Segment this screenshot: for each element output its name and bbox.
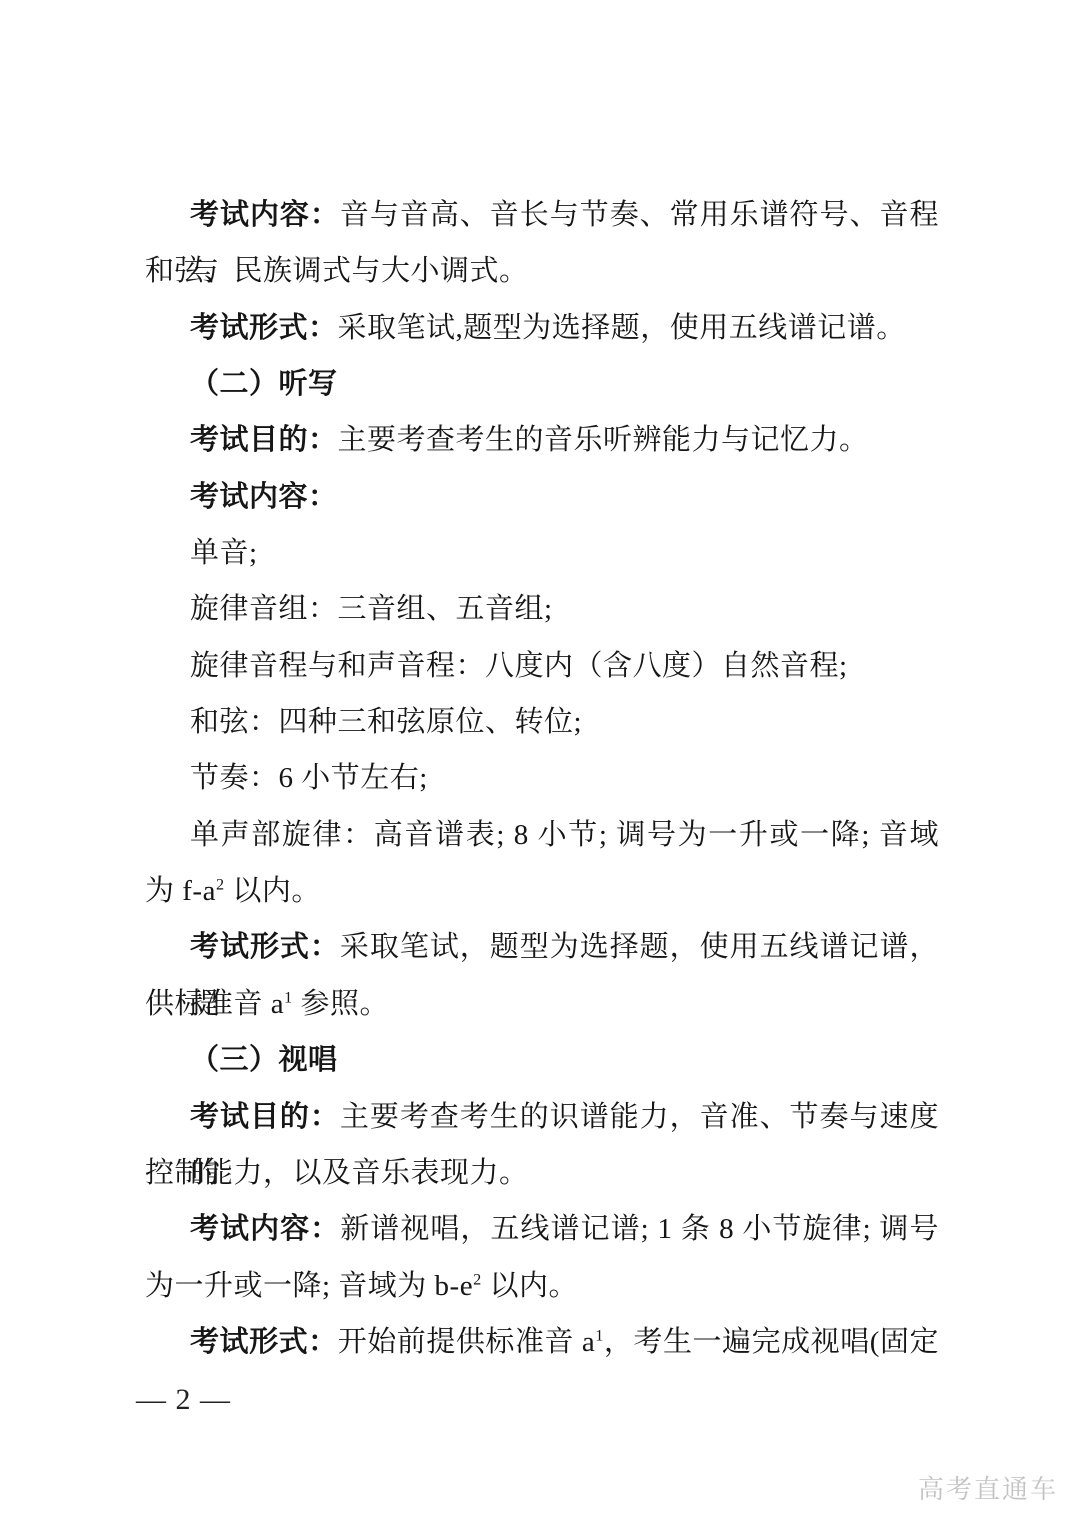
text-run: 以内。 <box>225 875 321 907</box>
text-line: （二）听写 <box>145 356 939 412</box>
text-line: 旋律音程与和声音程：八度内（含八度）自然音程; <box>145 638 939 694</box>
text-line: 考试形式：采取笔试,题型为选择题，使用五线谱记谱。 <box>145 300 939 356</box>
bold-label: 考试目的： <box>190 1101 340 1133</box>
document-body: 考试内容：音与音高、音长与节奏、常用乐谱符号、音程与和弦、民族调式与大小调式。考… <box>145 187 939 1370</box>
text-line: 考试目的：主要考查考生的音乐听辨能力与记忆力。 <box>145 412 939 468</box>
text-run: 和弦：四种三和弦原位、转位; <box>190 706 582 738</box>
superscript: 2 <box>473 1270 482 1288</box>
text-line: 旋律音组：三音组、五音组; <box>145 581 939 637</box>
text-line: 单音; <box>145 525 939 581</box>
text-line: 考试形式：开始前提供标准音 a1，考生一遍完成视唱(固定 <box>145 1314 939 1370</box>
bold-label: （二）听写 <box>190 368 338 400</box>
text-run: ，考生一遍完成视唱(固定 <box>604 1326 939 1358</box>
text-run: 节奏：6 小节左右; <box>190 762 428 794</box>
text-run: 供标准音 a <box>145 988 284 1020</box>
text-line: 考试内容： <box>145 469 939 525</box>
text-line: 和弦：四种三和弦原位、转位; <box>145 694 939 750</box>
text-run: 单音; <box>190 537 258 569</box>
document-page: 考试内容：音与音高、音长与节奏、常用乐谱符号、音程与和弦、民族调式与大小调式。考… <box>0 0 1080 1527</box>
bold-label: 考试目的： <box>190 424 338 456</box>
text-line: 考试内容：新谱视唱，五线谱记谱; 1 条 8 小节旋律; 调号 <box>145 1201 939 1257</box>
text-run: 新谱视唱，五线谱记谱; 1 条 8 小节旋律; 调号 <box>340 1213 939 1245</box>
text-run: 采取笔试,题型为选择题，使用五线谱记谱。 <box>338 312 906 344</box>
text-run: 旋律音组：三音组、五音组; <box>190 593 553 625</box>
page-number: — 2 — <box>136 1383 231 1417</box>
text-line: 单声部旋律：高音谱表; 8 小节; 调号为一升或一降; 音域 <box>145 807 939 863</box>
text-run: 为 f-a <box>145 875 216 907</box>
text-run: 主要考查考生的音乐听辨能力与记忆力。 <box>338 424 869 456</box>
text-line: 为一升或一降; 音域为 b-e2 以内。 <box>145 1258 939 1314</box>
superscript: 2 <box>216 875 225 893</box>
text-run: 控制能力，以及音乐表现力。 <box>145 1157 529 1189</box>
text-run: 以内。 <box>482 1270 578 1302</box>
text-line: 为 f-a2 以内。 <box>145 863 939 919</box>
text-line: （三）视唱 <box>145 1032 939 1088</box>
text-line: 和弦、民族调式与大小调式。 <box>145 243 939 299</box>
text-run: 和弦、民族调式与大小调式。 <box>145 255 529 287</box>
text-run: 参照。 <box>293 988 389 1020</box>
text-line: 考试形式：采取笔试，题型为选择题，使用五线谱记谱，提 <box>145 919 939 975</box>
bold-label: （三）视唱 <box>190 1044 338 1076</box>
text-run: 旋律音程与和声音程：八度内（含八度）自然音程; <box>190 650 848 682</box>
text-run: 单声部旋律：高音谱表; 8 小节; 调号为一升或一降; 音域 <box>190 819 939 851</box>
bold-label: 考试内容： <box>190 1213 340 1245</box>
text-line: 节奏：6 小节左右; <box>145 750 939 806</box>
text-run: 为一升或一降; 音域为 b-e <box>145 1270 473 1302</box>
superscript: 1 <box>595 1326 604 1344</box>
text-run: 开始前提供标准音 a <box>338 1326 596 1358</box>
bold-label: 考试内容： <box>190 481 338 513</box>
bold-label: 考试形式： <box>190 1326 338 1358</box>
bold-label: 考试内容： <box>190 199 340 231</box>
bold-label: 考试形式： <box>190 312 338 344</box>
text-line: 考试目的：主要考查考生的识谱能力，音准、节奏与速度的 <box>145 1089 939 1145</box>
text-line: 控制能力，以及音乐表现力。 <box>145 1145 939 1201</box>
bold-label: 考试形式： <box>190 931 340 963</box>
watermark: 高考直通车 <box>918 1469 1058 1506</box>
superscript: 1 <box>284 988 293 1006</box>
text-line: 考试内容：音与音高、音长与节奏、常用乐谱符号、音程与 <box>145 187 939 243</box>
text-line: 供标准音 a1 参照。 <box>145 976 939 1032</box>
